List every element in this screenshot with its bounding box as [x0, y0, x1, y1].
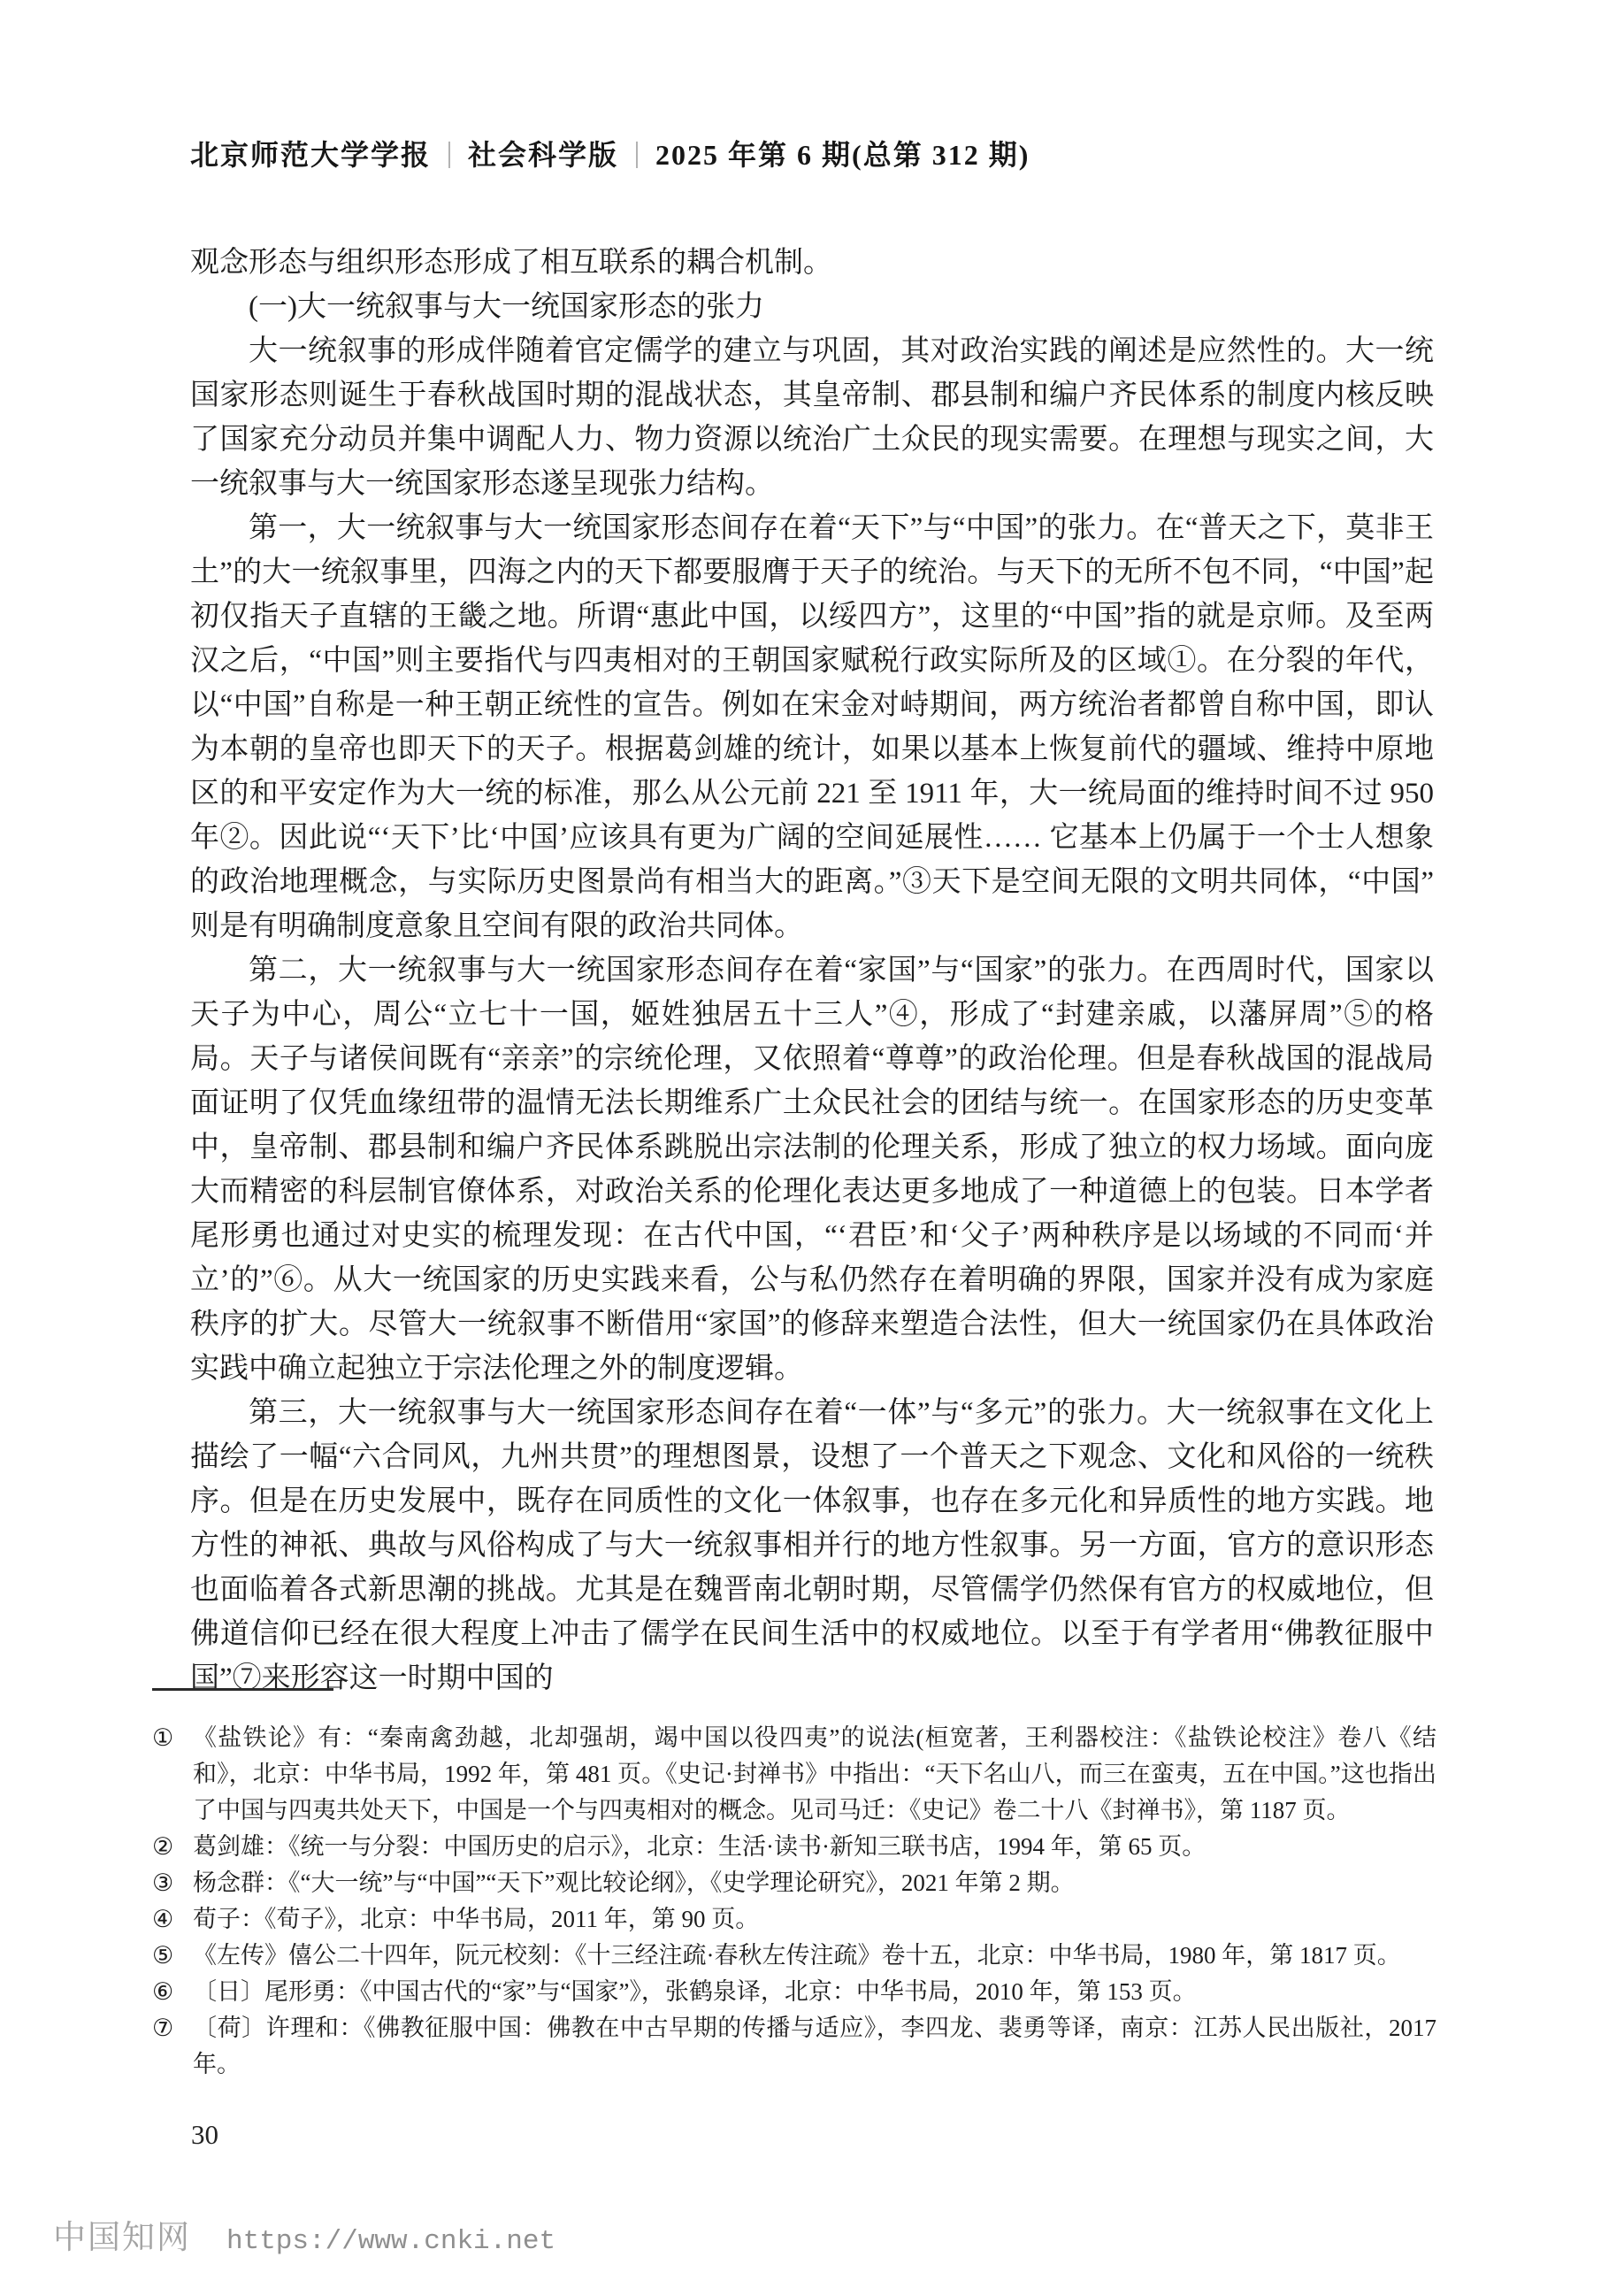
page-number: 30 — [191, 2119, 218, 2151]
journal-page: 北京师范大学学报社会科学版2025 年第 6 期(总第 312 期) 观念形态与… — [0, 0, 1624, 2280]
footnote-item: ③ 杨念群：《“大一统”与“中国”“天下”观比较论纲》，《史学理论研究》，202… — [152, 1865, 1436, 1901]
journal-title: 北京师范大学学报 — [190, 139, 431, 171]
footnote-item: ⑦ 〔荷〕许理和：《佛教征服中国：佛教在中古早期的传播与适应》，李四龙、裴勇等译… — [152, 2010, 1436, 2083]
footnote-marker: ③ — [152, 1865, 193, 1901]
cnki-watermark-url: https://www.cnki.net — [226, 2226, 555, 2257]
footnote-item: ⑤ 《左传》僖公二十四年，阮元校刻：《十三经注疏·春秋左传注疏》卷十五，北京：中… — [152, 1938, 1436, 1974]
footnote-marker: ④ — [152, 1901, 193, 1938]
footnote-text: 〔荷〕许理和：《佛教征服中国：佛教在中古早期的传播与适应》，李四龙、裴勇等译，南… — [193, 2010, 1436, 2083]
body-paragraph: 第三，大一统叙事与大一统国家形态间存在着“一体”与“多元”的张力。大一统叙事在文… — [190, 1391, 1434, 1700]
footnote-item: ④ 荀子：《荀子》，北京：中华书局，2011 年，第 90 页。 — [152, 1901, 1436, 1938]
cnki-watermark-name: 中国知网 — [53, 2220, 191, 2256]
footnote-text: 《左传》僖公二十四年，阮元校刻：《十三经注疏·春秋左传注疏》卷十五，北京：中华书… — [193, 1938, 1436, 1974]
footnote-item: ② 葛剑雄：《统一与分裂：中国历史的启示》，北京：生活·读书·新知三联书店，19… — [152, 1829, 1436, 1865]
journal-issue: 2025 年第 6 期(总第 312 期) — [655, 139, 1030, 171]
running-head: 北京师范大学学报社会科学版2025 年第 6 期(总第 312 期) — [190, 133, 1491, 173]
article-body: 观念形态与组织形态形成了相互联系的耦合机制。 (一)大一统叙事与大一统国家形态的… — [190, 241, 1434, 1700]
footnote-item: ① 《盐铁论》有：“秦南禽劲越，北却强胡，竭中国以役四夷”的说法(桓宽著，王利器… — [152, 1720, 1436, 1829]
footnote-marker: ⑥ — [152, 1974, 193, 2010]
cnki-watermark: 中国知网 https://www.cnki.net — [53, 2210, 555, 2258]
footnote-marker: ⑤ — [152, 1938, 193, 1974]
header-divider — [448, 142, 450, 168]
footnotes: ① 《盐铁论》有：“秦南禽劲越，北却强胡，竭中国以役四夷”的说法(桓宽著，王利器… — [152, 1720, 1436, 2083]
body-paragraph: 第二，大一统叙事与大一统国家形态间存在着“家国”与“国家”的张力。在西周时代，国… — [190, 948, 1434, 1391]
footnote-marker: ② — [152, 1829, 193, 1865]
body-paragraph: 大一统叙事的形成伴随着官定儒学的建立与巩固，其对政治实践的阐述是应然性的。大一统… — [190, 329, 1434, 506]
footnote-marker: ⑦ — [152, 2010, 193, 2046]
footnote-text: 《盐铁论》有：“秦南禽劲越，北却强胡，竭中国以役四夷”的说法(桓宽著，王利器校注… — [193, 1720, 1436, 1829]
journal-edition: 社会科学版 — [468, 139, 618, 171]
footnote-text: 杨念群：《“大一统”与“中国”“天下”观比较论纲》，《史学理论研究》，2021 … — [193, 1865, 1436, 1901]
body-paragraph: 第一，大一统叙事与大一统国家形态间存在着“天下”与“中国”的张力。在“普天之下，… — [190, 506, 1434, 948]
footnote-text: 荀子：《荀子》，北京：中华书局，2011 年，第 90 页。 — [193, 1901, 1436, 1938]
footnote-item: ⑥ 〔日〕尾形勇：《中国古代的“家”与“国家”》，张鹤泉译，北京：中华书局，20… — [152, 1974, 1436, 2010]
footnote-text: 〔日〕尾形勇：《中国古代的“家”与“国家”》，张鹤泉译，北京：中华书局，2010… — [193, 1974, 1436, 2010]
section-heading: (一)大一统叙事与大一统国家形态的张力 — [190, 285, 1434, 329]
header-divider — [636, 142, 638, 168]
body-paragraph-continuation: 观念形态与组织形态形成了相互联系的耦合机制。 — [190, 241, 1434, 285]
footnote-divider — [152, 1688, 333, 1691]
footnote-text: 葛剑雄：《统一与分裂：中国历史的启示》，北京：生活·读书·新知三联书店，1994… — [193, 1829, 1436, 1865]
footnote-marker: ① — [152, 1720, 193, 1756]
